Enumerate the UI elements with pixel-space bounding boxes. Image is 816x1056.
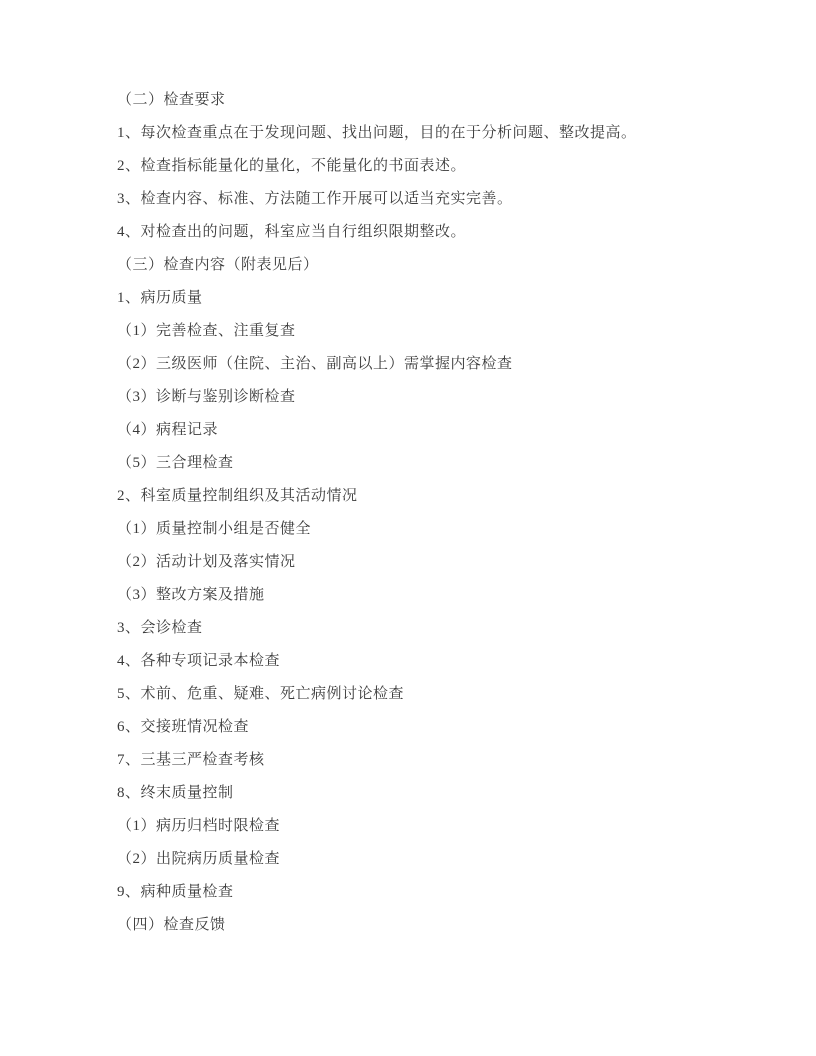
section-heading: （三）检查内容（附表见后） — [117, 249, 696, 282]
text-line: 4、对检查出的问题，科室应当自行组织限期整改。 — [117, 216, 696, 249]
document-body: （二）检查要求 1、每次检查重点在于发现问题、找出问题，目的在于分析问题、整改提… — [117, 84, 696, 942]
text-line: （5）三合理检查 — [117, 447, 696, 480]
text-line: 3、会诊检查 — [117, 612, 696, 645]
text-line: 9、病种质量检查 — [117, 876, 696, 909]
text-line: 4、各种专项记录本检查 — [117, 645, 696, 678]
text-line: 2、检查指标能量化的量化，不能量化的书面表述。 — [117, 150, 696, 183]
document-page: （二）检查要求 1、每次检查重点在于发现问题、找出问题，目的在于分析问题、整改提… — [0, 0, 816, 1056]
text-line: （1）质量控制小组是否健全 — [117, 513, 696, 546]
text-line: （1）完善检查、注重复查 — [117, 315, 696, 348]
text-line: （4）病程记录 — [117, 414, 696, 447]
text-line: （2）出院病历质量检查 — [117, 843, 696, 876]
text-line: （3）整改方案及措施 — [117, 579, 696, 612]
text-line: 1、病历质量 — [117, 282, 696, 315]
text-line: 3、检查内容、标准、方法随工作开展可以适当充实完善。 — [117, 183, 696, 216]
text-line: 8、终末质量控制 — [117, 777, 696, 810]
section-heading: （二）检查要求 — [117, 84, 696, 117]
text-line: （3）诊断与鉴别诊断检查 — [117, 381, 696, 414]
text-line: 1、每次检查重点在于发现问题、找出问题，目的在于分析问题、整改提高。 — [117, 117, 696, 150]
text-line: 5、术前、危重、疑难、死亡病例讨论检查 — [117, 678, 696, 711]
text-line: （1）病历归档时限检查 — [117, 810, 696, 843]
text-line: （2）三级医师（住院、主治、副高以上）需掌握内容检查 — [117, 348, 696, 381]
text-line: 7、三基三严检查考核 — [117, 744, 696, 777]
section-heading: （四）检查反馈 — [117, 909, 696, 942]
text-line: （2）活动计划及落实情况 — [117, 546, 696, 579]
text-line: 2、科室质量控制组织及其活动情况 — [117, 480, 696, 513]
text-line: 6、交接班情况检查 — [117, 711, 696, 744]
